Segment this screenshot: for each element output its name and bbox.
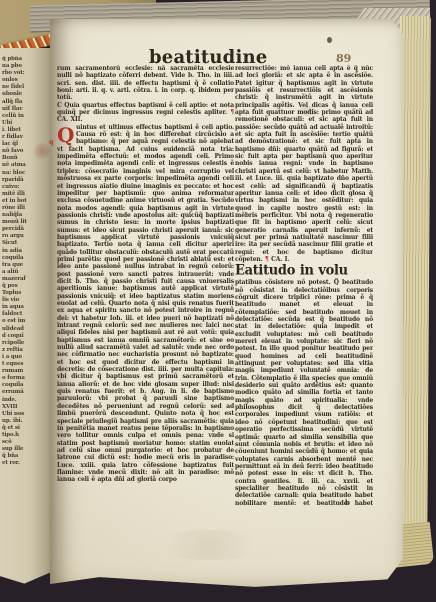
paragraph-text: rum sacramentorũ ecclesie: nã sacramẽta … [57,65,234,101]
paragraph: resurrectiõe: mõ ianua celi apta ẽ q̃ nũ… [235,65,373,263]
signature-mark: b [345,498,350,507]
paragraph-text: uintus et ultimus effectus baptismi ẽ ce… [57,124,234,484]
paragraph: C Quia quartus effectus baptismi ẽ celi … [57,102,234,124]
paragraph: Quintus et ultimus effectus baptismi ẽ c… [57,124,234,484]
text-column-1: rum sacramentorũ ecclesie: nã sacramẽta … [57,65,234,508]
paragraph-text: C Quia quartus effectus baptismi ẽ celi … [57,102,234,116]
chapter-heading: Eatitudo in volu [235,264,373,279]
paragraph: ptatibus cõsistere nõ potest. Q̃ beatitu… [235,279,373,505]
text-column-2: resurrectiõe: mõ ianua celi apta ẽ q̃ nũ… [235,65,373,505]
pilcrow-icon: ¶ [230,109,234,116]
left-page-text: q̃ pbña na pbo rbo vot: onlos ne fidel u… [2,56,32,526]
paragraph: rum sacramentorũ ecclesie: nã sacramẽta … [57,65,234,102]
drop-cap-initial: Q [57,125,74,145]
paragraph-text: resurrectiõe: mõ ianua celi apta ẽ q̃ nũ… [235,65,373,263]
chapter-mark: CA. XII. [57,116,82,123]
left-page-sliver: q̃ pbña na pbo rbo vot: onlos ne fidel u… [0,48,58,588]
guide-letter: q [49,138,54,146]
paragraph-text: ptatibus cõsistere nõ potest. Q̃ beatitu… [235,279,373,505]
pilcrow-icon: ¶ [265,256,269,263]
chapter-mark: CA. I. [271,256,289,263]
folio-number: 89 [336,52,351,65]
book-photo: q̃ pbña na pbo rbo vot: onlos ne fidel u… [0,0,436,602]
